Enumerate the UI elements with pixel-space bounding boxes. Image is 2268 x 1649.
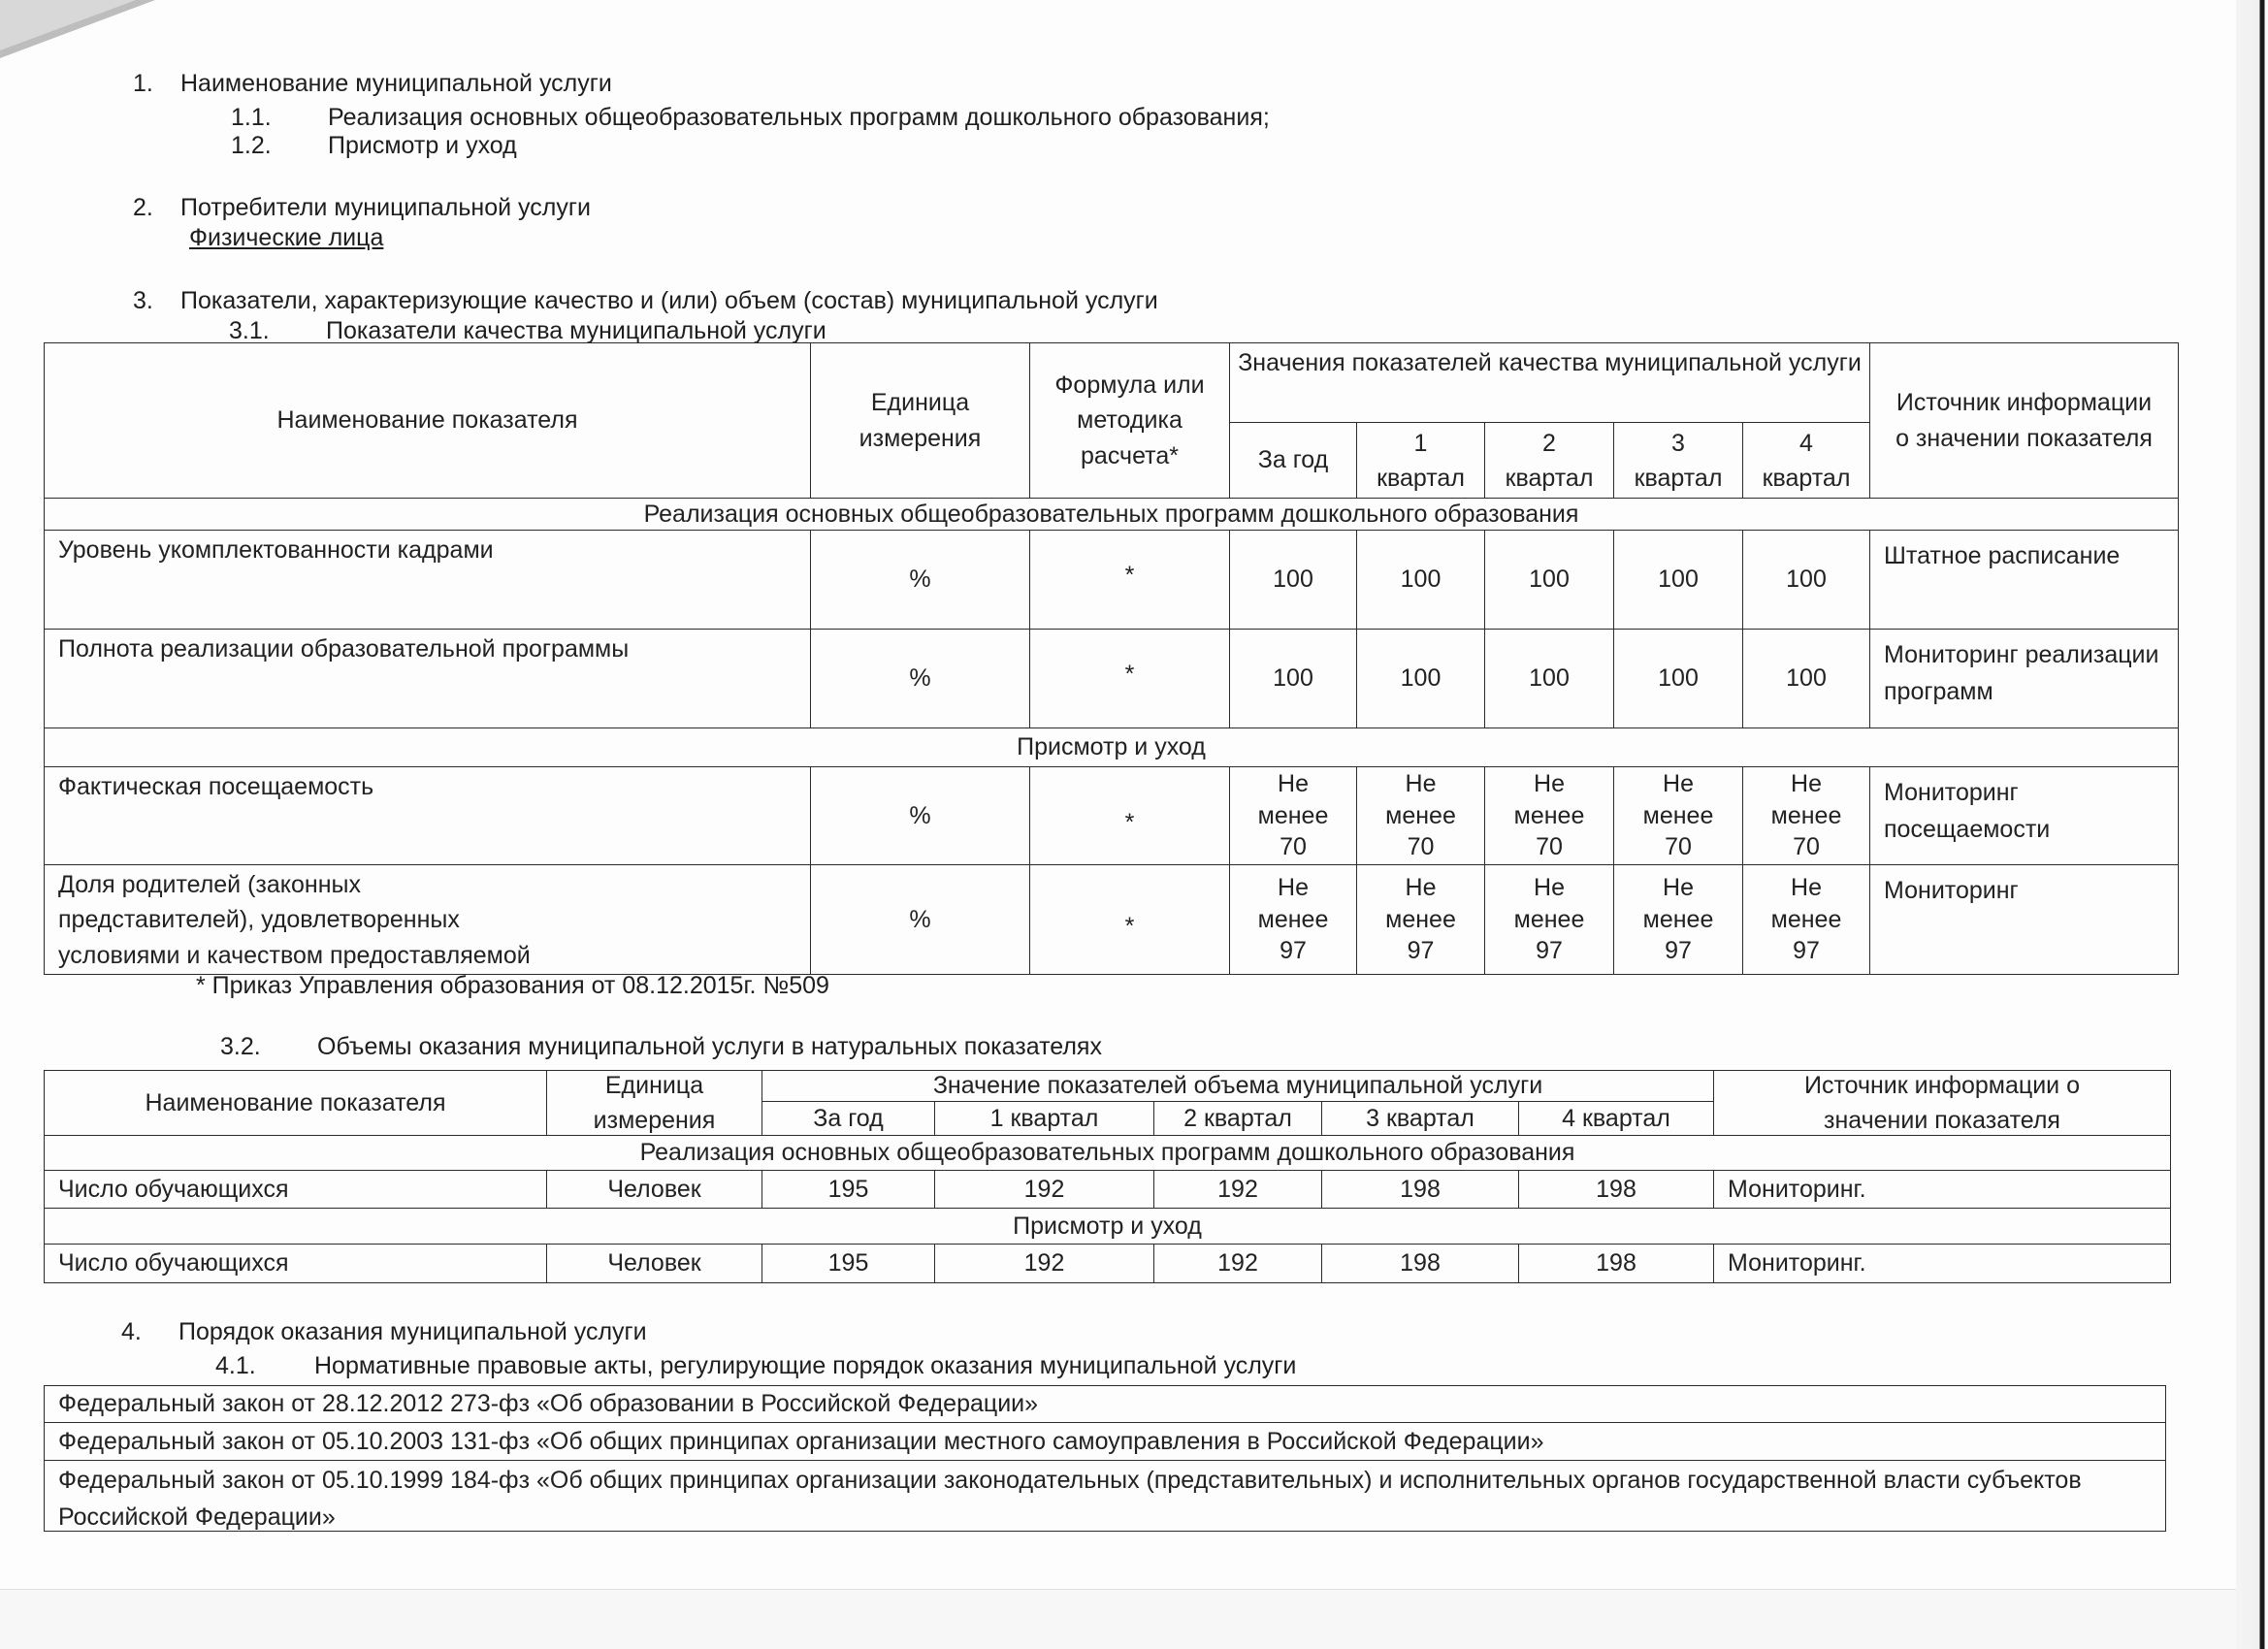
vt-section-title: Реализация основных общеобразовательных …: [44, 1135, 2171, 1171]
scan-edge-bottom: [0, 1589, 2236, 1649]
value-line: Не: [1791, 872, 1822, 904]
qt-row-name: Полнота реализации образовательной прогр…: [44, 629, 811, 728]
qt-row-value-year: 100: [1229, 530, 1357, 630]
vt-row-name: Число обучающихся: [44, 1244, 547, 1283]
vt-row-value-q2: 192: [1153, 1244, 1322, 1283]
qt-header-q2-num: 2: [1542, 426, 1556, 461]
value-line: менее: [1771, 904, 1842, 936]
qt-row-source: Мониторинг посещаемости: [1869, 766, 2179, 865]
qt-row-value-year: Не менее 97: [1229, 864, 1357, 975]
qt-row-value-q1: 100: [1356, 530, 1485, 630]
item-1-1-text: Реализация основных общеобразовательных …: [328, 103, 1270, 133]
qt-row-value-q1: Не менее 70: [1356, 766, 1485, 865]
section-3-number: 3.: [133, 286, 153, 316]
qt-row-value-q4: 100: [1742, 629, 1870, 728]
item-1-1-number: 1.1.: [231, 103, 272, 133]
value-line: Не: [1534, 768, 1565, 800]
qt-row-unit: %: [810, 864, 1030, 975]
qt-header-unit: Единица измерения: [810, 342, 1030, 499]
section-2-title: Потребители муниципальной услуги: [180, 193, 591, 223]
value-line: менее: [1258, 904, 1329, 936]
vt-header-year: За год: [761, 1101, 935, 1136]
item-1-2-text: Присмотр и уход: [328, 131, 517, 161]
vt-header-q4: 4 квартал: [1518, 1101, 1714, 1136]
qt-header-q4-num: 4: [1799, 426, 1813, 461]
value-line: менее: [1385, 800, 1456, 832]
value-line: Не: [1278, 872, 1309, 904]
vt-row-value-q1: 192: [934, 1170, 1154, 1209]
value-line: 97: [1793, 935, 1820, 967]
value-line: Не: [1663, 768, 1694, 800]
value-line: 97: [1280, 935, 1307, 967]
section-2-number: 2.: [133, 193, 153, 223]
value-line: менее: [1385, 904, 1456, 936]
qt-row-value-q3: 100: [1613, 629, 1743, 728]
scan-edge-right: [2236, 0, 2268, 1649]
law-row: Федеральный закон от 05.10.1999 184-фз «…: [44, 1460, 2166, 1532]
qt-row-value-q4: Не менее 97: [1742, 864, 1870, 975]
section-1-title: Наименование муниципальной услуги: [180, 69, 612, 99]
vt-header-q3: 3 квартал: [1321, 1101, 1519, 1136]
qt-row-name: Доля родителей (законных представителей)…: [44, 864, 811, 975]
vt-row-value-q3: 198: [1321, 1244, 1519, 1283]
qt-row-value-year: Не менее 70: [1229, 766, 1357, 865]
qt-row-unit: %: [810, 530, 1030, 630]
qt-header-name: Наименование показателя: [44, 342, 811, 499]
qt-header-values-group: Значения показателей качества муниципаль…: [1229, 342, 1870, 423]
qt-header-q3-num: 3: [1671, 426, 1685, 461]
value-line: 97: [1536, 935, 1563, 967]
qt-row-unit: %: [810, 766, 1030, 865]
vt-row-unit: Человек: [546, 1244, 762, 1283]
vt-row-value-year: 195: [761, 1244, 935, 1283]
page-fold-corner-inner: [0, 0, 136, 50]
value-line: 70: [1408, 831, 1435, 863]
section-3-title: Показатели, характеризующие качество и (…: [180, 286, 1158, 316]
qt-row-source: Мониторинг реализации программ: [1869, 629, 2179, 728]
value-line: Не: [1663, 872, 1694, 904]
value-line: менее: [1771, 800, 1842, 832]
section-4-number: 4.: [121, 1317, 142, 1347]
qt-header-q2: 2 квартал: [1484, 422, 1614, 499]
value-line: менее: [1643, 800, 1714, 832]
vt-header-q2: 2 квартал: [1153, 1101, 1322, 1136]
vt-row-value-q2: 192: [1153, 1170, 1322, 1209]
vt-header-q1: 1 квартал: [934, 1101, 1154, 1136]
qt-row-source: Штатное расписание: [1869, 530, 2179, 630]
qt-header-q4: 4 квартал: [1742, 422, 1870, 499]
qt-row-value-q1: 100: [1356, 629, 1485, 728]
value-line: менее: [1643, 904, 1714, 936]
vt-row-value-year: 195: [761, 1170, 935, 1209]
vt-row-value-q1: 192: [934, 1244, 1154, 1283]
qt-row-formula: *: [1029, 530, 1230, 630]
value-line: 70: [1280, 831, 1307, 863]
value-line: 97: [1665, 935, 1692, 967]
value-line: менее: [1514, 800, 1585, 832]
qt-section-title: Присмотр и уход: [44, 727, 2179, 767]
qt-row-name: Фактическая посещаемость: [44, 766, 811, 865]
qt-header-source: Источник информации о значении показател…: [1869, 342, 2179, 499]
value-line: 70: [1536, 831, 1563, 863]
vt-header-source: Источник информации о значении показател…: [1713, 1070, 2171, 1136]
value-line: менее: [1258, 800, 1329, 832]
qt-row-name: Уровень укомплектованности кадрами: [44, 530, 811, 630]
qt-section-title: Реализация основных общеобразовательных …: [44, 498, 2179, 531]
vt-row-name: Число обучающихся: [44, 1170, 547, 1209]
qt-header-year: За год: [1229, 422, 1357, 499]
value-line: Не: [1406, 768, 1437, 800]
sub-3-2-title: Объемы оказания муниципальной услуги в н…: [317, 1032, 1102, 1062]
qt-row-value-q2: 100: [1484, 530, 1614, 630]
value-line: 70: [1665, 831, 1692, 863]
value-line: Не: [1534, 872, 1565, 904]
footnote: * Приказ Управления образования от 08.12…: [196, 971, 829, 1001]
qt-row-value-q3: 100: [1613, 530, 1743, 630]
qt-row-value-q3: Не менее 70: [1613, 766, 1743, 865]
qt-row-value-q2: Не менее 70: [1484, 766, 1614, 865]
vt-row-source: Мониторинг.: [1713, 1244, 2171, 1283]
qt-header-q1-num: 1: [1414, 426, 1428, 461]
qt-row-value-q2: Не менее 97: [1484, 864, 1614, 975]
qt-row-source: Мониторинг: [1869, 864, 2179, 975]
consumers-value: Физические лица: [189, 223, 383, 253]
qt-header-q3: 3 квартал: [1613, 422, 1743, 499]
value-line: 70: [1793, 831, 1820, 863]
qt-row-value-q4: Не менее 70: [1742, 766, 1870, 865]
value-line: Не: [1278, 768, 1309, 800]
sub-4-1-title: Нормативные правовые акты, регулирующие …: [314, 1351, 1296, 1381]
qt-header-q3-label: квартал: [1635, 461, 1723, 496]
qt-row-value-q1: Не менее 97: [1356, 864, 1485, 975]
value-line: Не: [1406, 872, 1437, 904]
vt-row-value-q4: 198: [1518, 1244, 1714, 1283]
section-4-title: Порядок оказания муниципальной услуги: [178, 1317, 647, 1347]
qt-row-value-q2: 100: [1484, 629, 1614, 728]
qt-header-q4-label: квартал: [1763, 461, 1851, 496]
vt-row-value-q4: 198: [1518, 1170, 1714, 1209]
vt-section-title: Присмотр и уход: [44, 1208, 2171, 1245]
sub-4-1-number: 4.1.: [215, 1351, 256, 1381]
qt-header-q2-label: квартал: [1506, 461, 1594, 496]
qt-row-formula: *: [1029, 629, 1230, 728]
qt-row-value-q4: 100: [1742, 530, 1870, 630]
value-line: Не: [1791, 768, 1822, 800]
vt-header-name: Наименование показателя: [44, 1070, 547, 1136]
vt-row-source: Мониторинг.: [1713, 1170, 2171, 1209]
vt-header-unit: Единица измерения: [546, 1070, 762, 1136]
qt-row-value-year: 100: [1229, 629, 1357, 728]
qt-row-unit: %: [810, 629, 1030, 728]
section-1-number: 1.: [133, 69, 153, 99]
qt-row-value-q3: Не менее 97: [1613, 864, 1743, 975]
sub-3-2-number: 3.2.: [220, 1032, 261, 1062]
qt-header-formula: Формула или методика расчета*: [1029, 342, 1230, 499]
value-line: менее: [1514, 904, 1585, 936]
law-row: Федеральный закон от 28.12.2012 273-фз «…: [44, 1385, 2166, 1423]
law-row: Федеральный закон от 05.10.2003 131-фз «…: [44, 1422, 2166, 1461]
vt-row-unit: Человек: [546, 1170, 762, 1209]
qt-header-q1: 1 квартал: [1356, 422, 1485, 499]
vt-header-values-group: Значение показателей объема муниципально…: [761, 1070, 1714, 1102]
item-1-2-number: 1.2.: [231, 131, 272, 161]
vt-row-value-q3: 198: [1321, 1170, 1519, 1209]
qt-row-formula: *: [1029, 864, 1230, 975]
qt-header-q1-label: квартал: [1377, 461, 1465, 496]
value-line: 97: [1408, 935, 1435, 967]
qt-row-formula: *: [1029, 766, 1230, 865]
